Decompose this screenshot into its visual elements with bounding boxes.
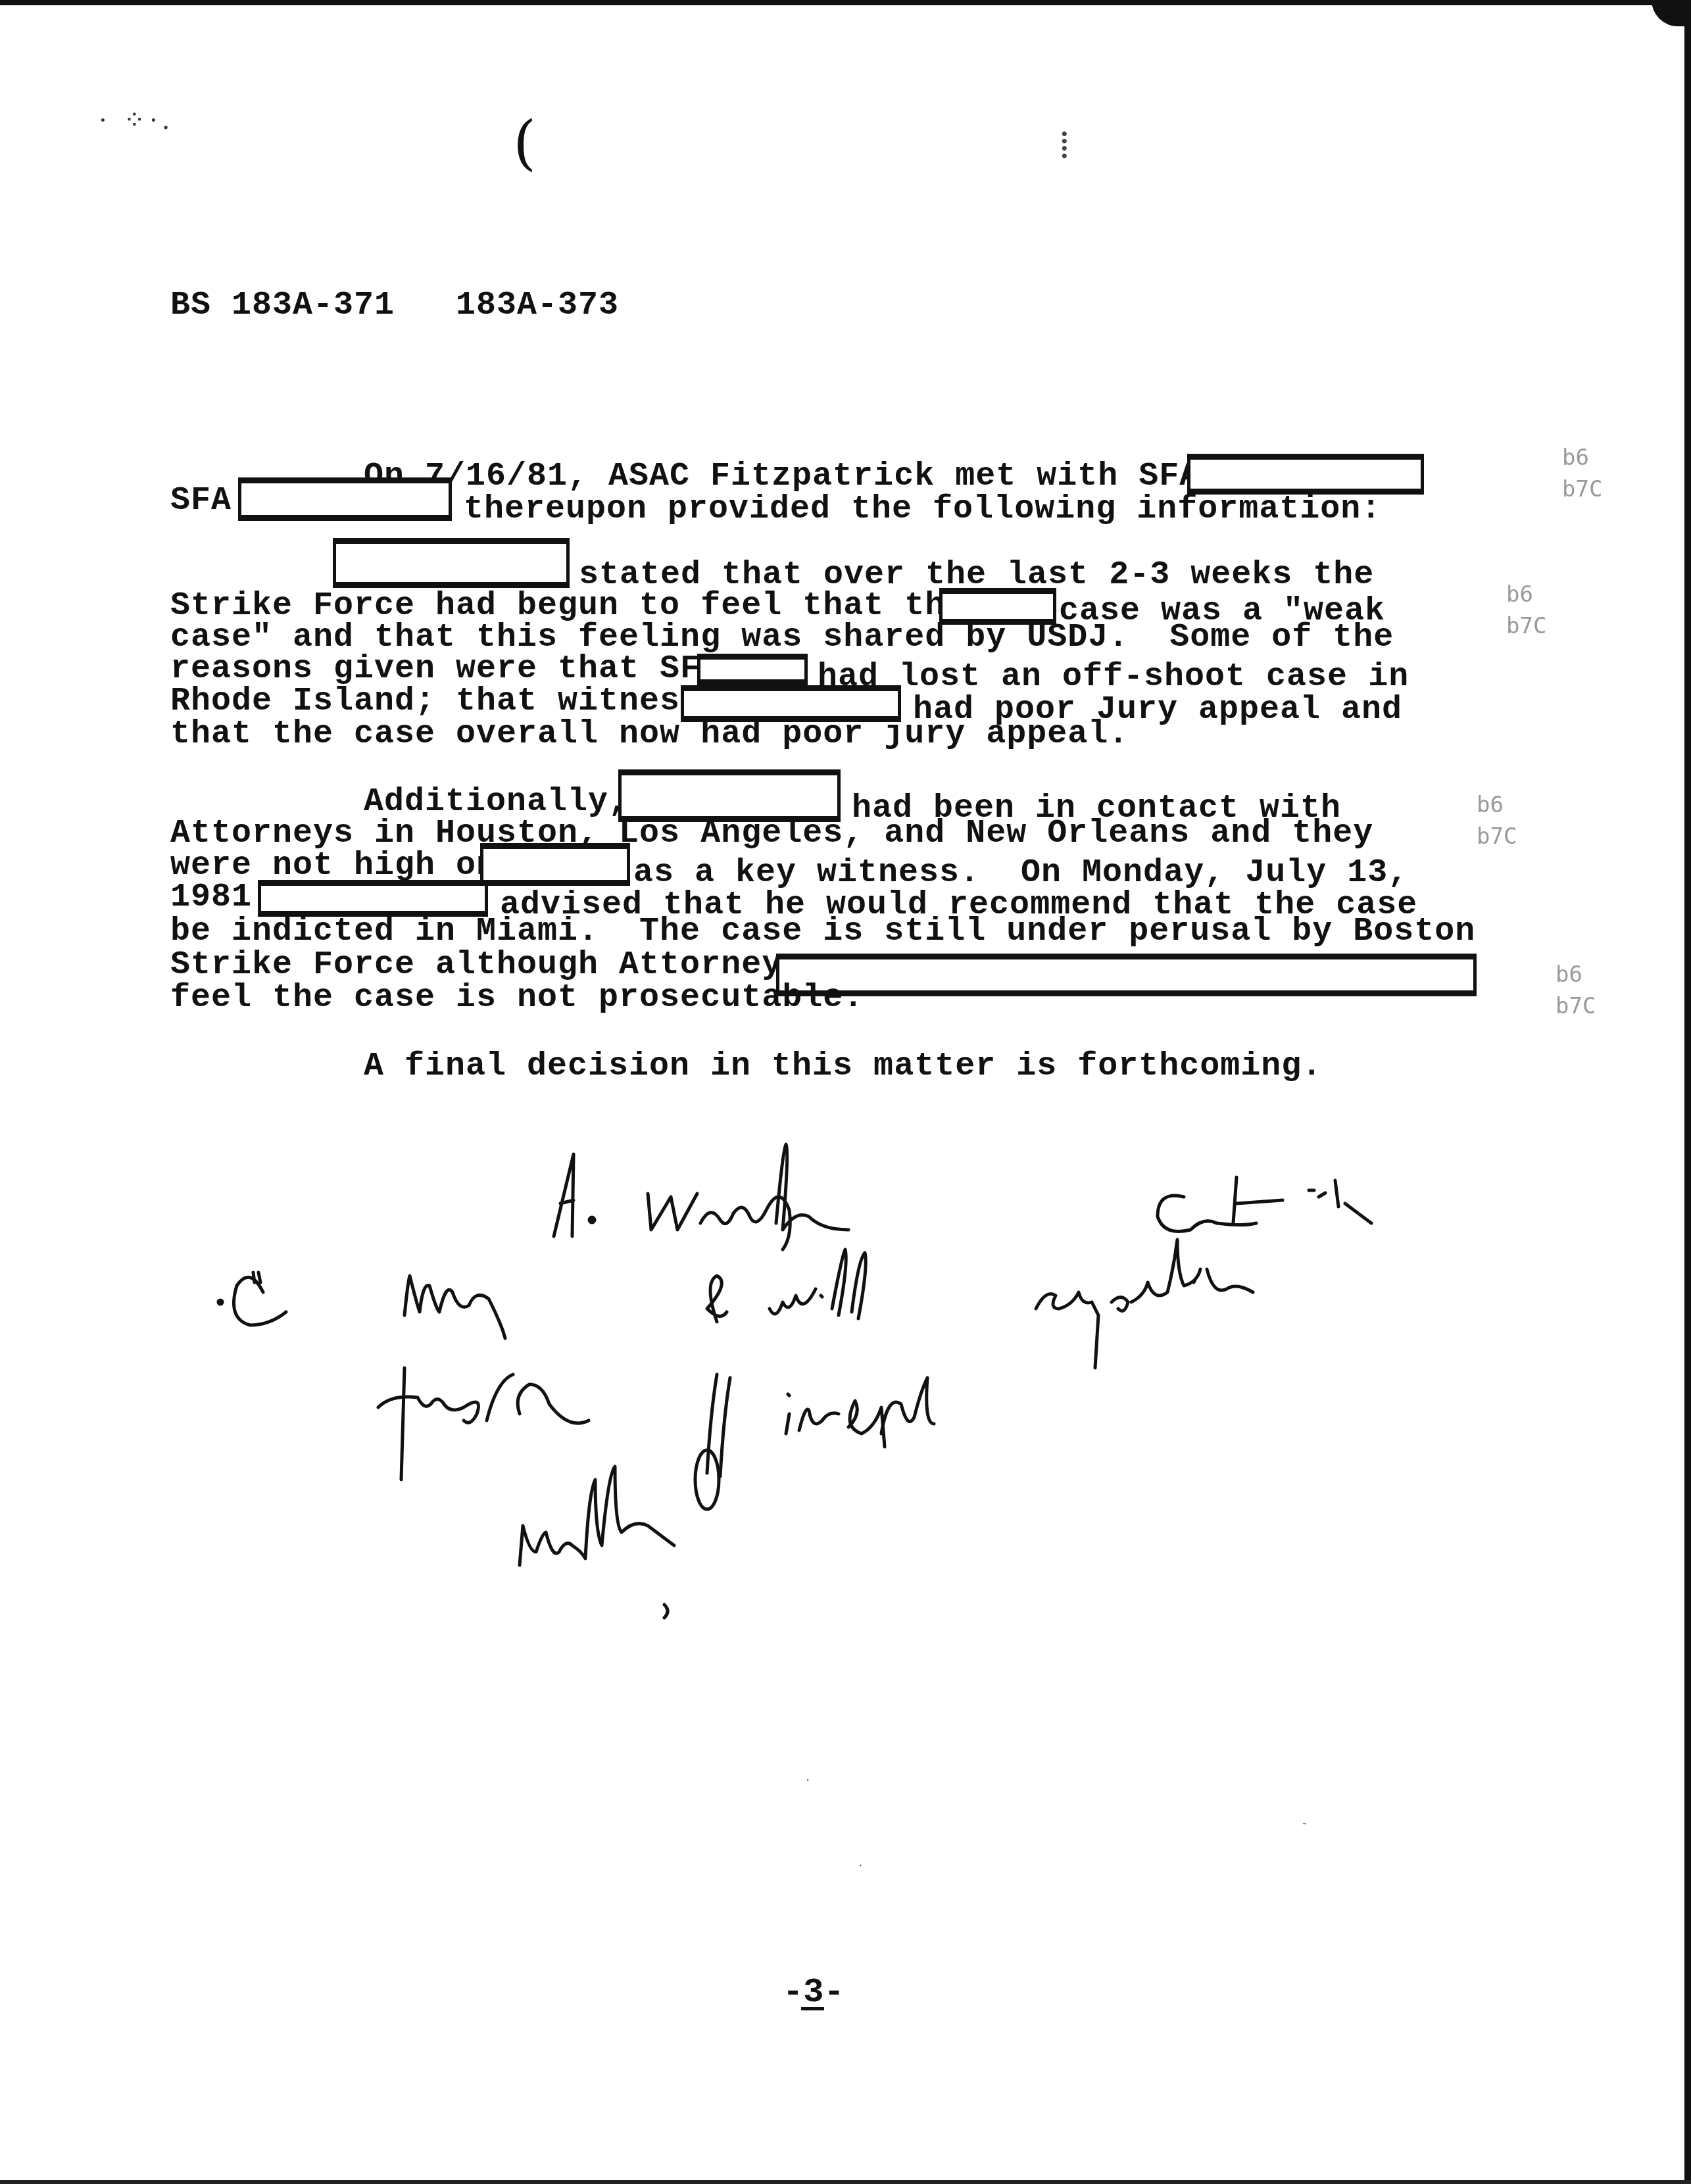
exemption-code: b6 b7C — [1477, 789, 1517, 852]
scan-artifact-smudge: ⁞ — [1059, 122, 1070, 168]
document-page: ( ⁞ · ⁘·. BS 183A-371 183A-373 On 7/16/8… — [0, 0, 1691, 2184]
para2-line4-suffix: had lost an off-shoot case in — [818, 661, 1409, 694]
para2-line3: case" and that this feeling was shared b… — [170, 621, 1394, 654]
exemption-code: b6 b7C — [1562, 442, 1602, 505]
scan-speck: - — [1302, 1815, 1307, 1831]
para2-line2-prefix: Strike Force had begun to feel that the — [170, 590, 966, 623]
para1-line2-suffix: thereupon provided the following informa… — [464, 493, 1381, 526]
para2-line6: that the case overall now had poor jury … — [170, 718, 1129, 751]
para2-line4-prefix: reasons given were that SFA — [170, 653, 721, 686]
para3-line6-prefix: Strike Force although Attorneys — [170, 949, 802, 982]
para3-line3-suffix: as a key witness. On Monday, July 13, — [633, 857, 1408, 890]
scan-speck: · — [806, 1772, 810, 1788]
scan-edge-top — [0, 0, 1691, 5]
redaction-box — [480, 843, 630, 886]
scan-edge-right — [1684, 0, 1691, 2184]
para3-line3-prefix: were not high on — [170, 850, 497, 883]
para1-line2-prefix: SFA — [170, 485, 232, 518]
exemption-code: b6 b7C — [1506, 579, 1546, 642]
para3-line2: Attorneys in Houston, Los Angeles, and N… — [170, 817, 1373, 850]
scan-edge-bottom — [0, 2180, 1691, 2184]
para3-line1-prefix: Additionally, — [364, 786, 629, 819]
scan-artifact-marks: · ⁘·. — [99, 105, 174, 135]
para3-line7: feel the case is not prosecutable. — [170, 982, 864, 1015]
page-number-underline — [801, 2007, 824, 2010]
handwritten-note — [0, 0, 1691, 2184]
scan-speck: · — [858, 1858, 862, 1874]
redaction-box — [238, 477, 452, 521]
redaction-box — [258, 880, 488, 917]
redaction-box — [697, 654, 808, 685]
exemption-code: b6 b7C — [1556, 959, 1596, 1022]
para1-line1: On 7/16/81, ASAC Fitzpatrick met with SF… — [364, 460, 1200, 493]
file-numbers: BS 183A-371 183A-373 — [170, 289, 619, 322]
para2-line5-prefix: Rhode Island; that witness — [170, 685, 700, 718]
redaction-box — [776, 954, 1477, 996]
para4-closing: A final decision in this matter is forth… — [364, 1050, 1322, 1083]
redaction-box — [618, 769, 841, 822]
para3-line5: be indicted in Miami. The case is still … — [170, 915, 1475, 948]
para3-line4-prefix: 1981 — [170, 881, 252, 914]
redaction-box — [1187, 454, 1424, 495]
scan-artifact-parenthesis: ( — [513, 109, 536, 178]
page-number: -3- — [783, 1973, 845, 2012]
redaction-box — [333, 538, 570, 588]
